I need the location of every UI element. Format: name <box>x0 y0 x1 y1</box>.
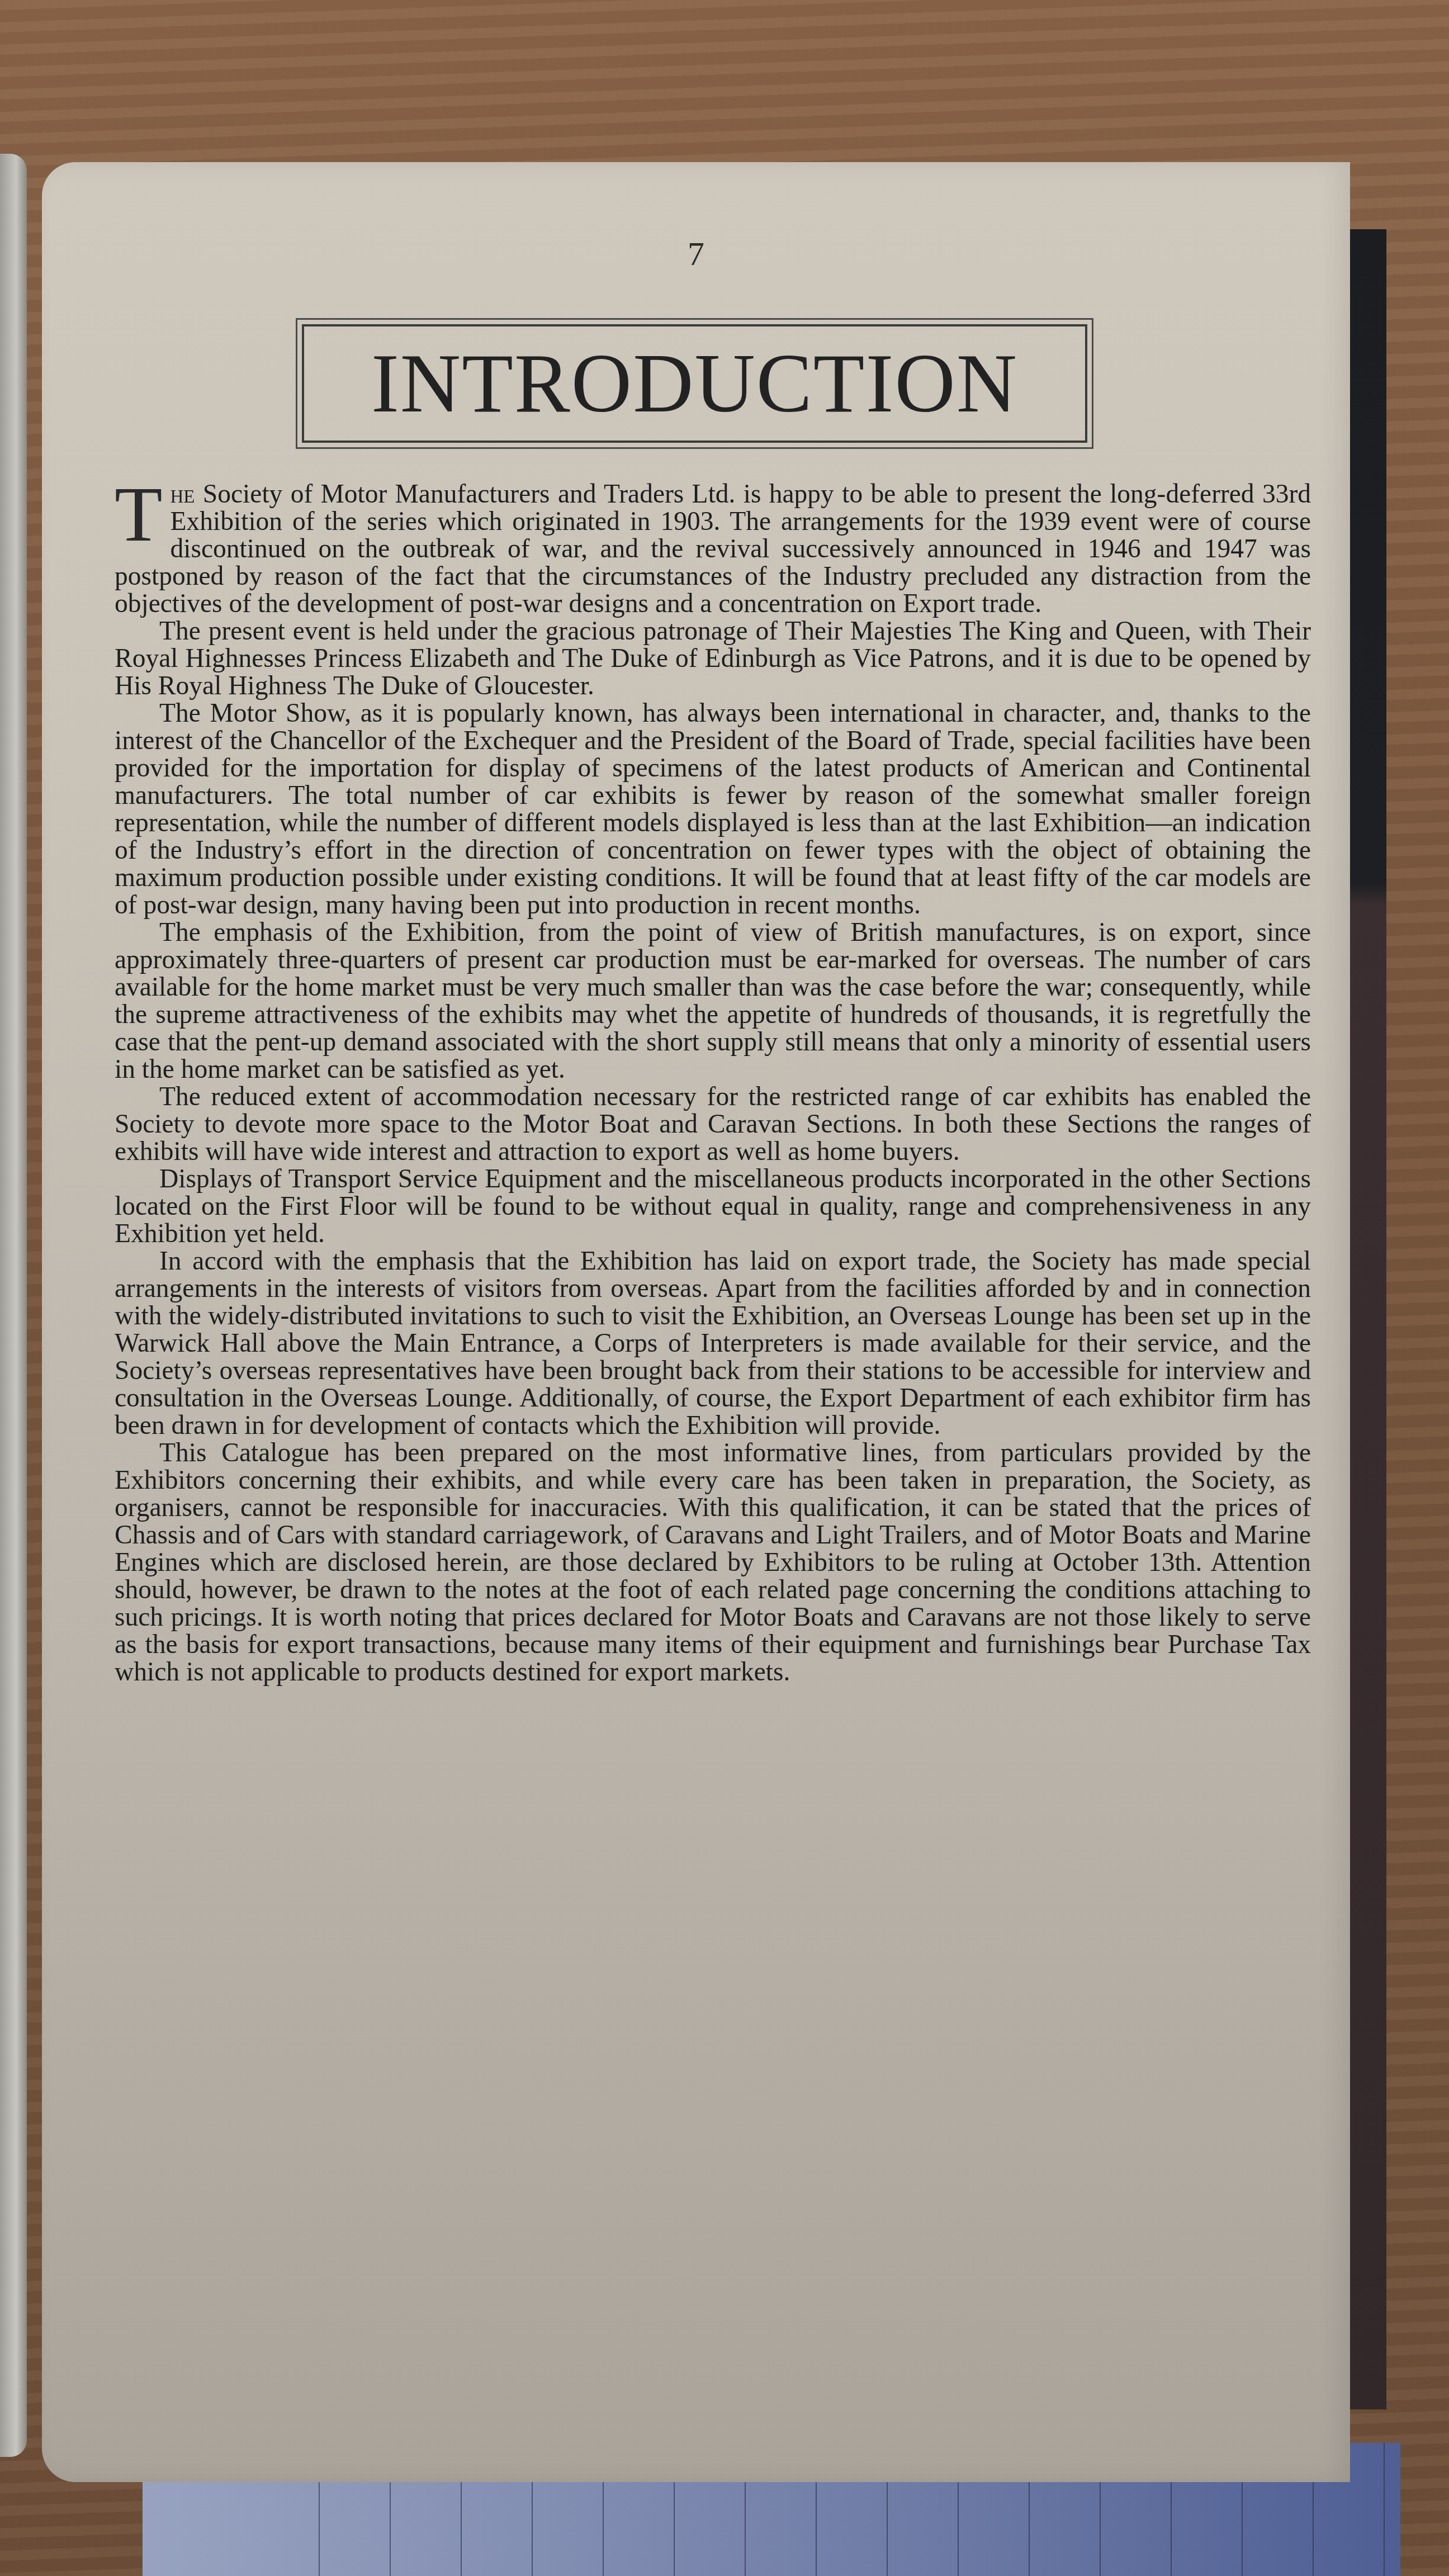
book-cover-edge <box>1347 229 1386 2409</box>
left-page-edge <box>0 154 27 2457</box>
page-title: INTRODUCTION <box>371 342 1018 425</box>
paragraph-1: The Society of Motor Manufacturers and T… <box>115 481 1311 618</box>
paragraph-2: The present event is held under the grac… <box>115 618 1311 700</box>
page-number: 7 <box>42 235 1350 273</box>
paragraph-8: This Catalogue has been prepared on the … <box>115 1439 1311 1686</box>
paragraph-text: Society of Motor Manufacturers and Trade… <box>115 480 1311 618</box>
paragraph-7: In accord with the emphasis that the Exh… <box>115 1248 1311 1439</box>
book-page: 7 INTRODUCTION The Society of Motor Manu… <box>42 162 1350 2482</box>
title-frame: INTRODUCTION <box>302 324 1087 443</box>
paragraph-6: Displays of Transport Service Equipment … <box>115 1166 1311 1248</box>
paragraph-4: The emphasis of the Exhibition, from the… <box>115 919 1311 1083</box>
paragraph-5: The reduced extent of accommodation nece… <box>115 1083 1311 1166</box>
introduction-body: The Society of Motor Manufacturers and T… <box>115 481 1311 1686</box>
first-word-rest: he <box>171 480 195 509</box>
drop-cap: T <box>115 484 163 546</box>
paragraph-3: The Motor Show, as it is popularly known… <box>115 700 1311 919</box>
